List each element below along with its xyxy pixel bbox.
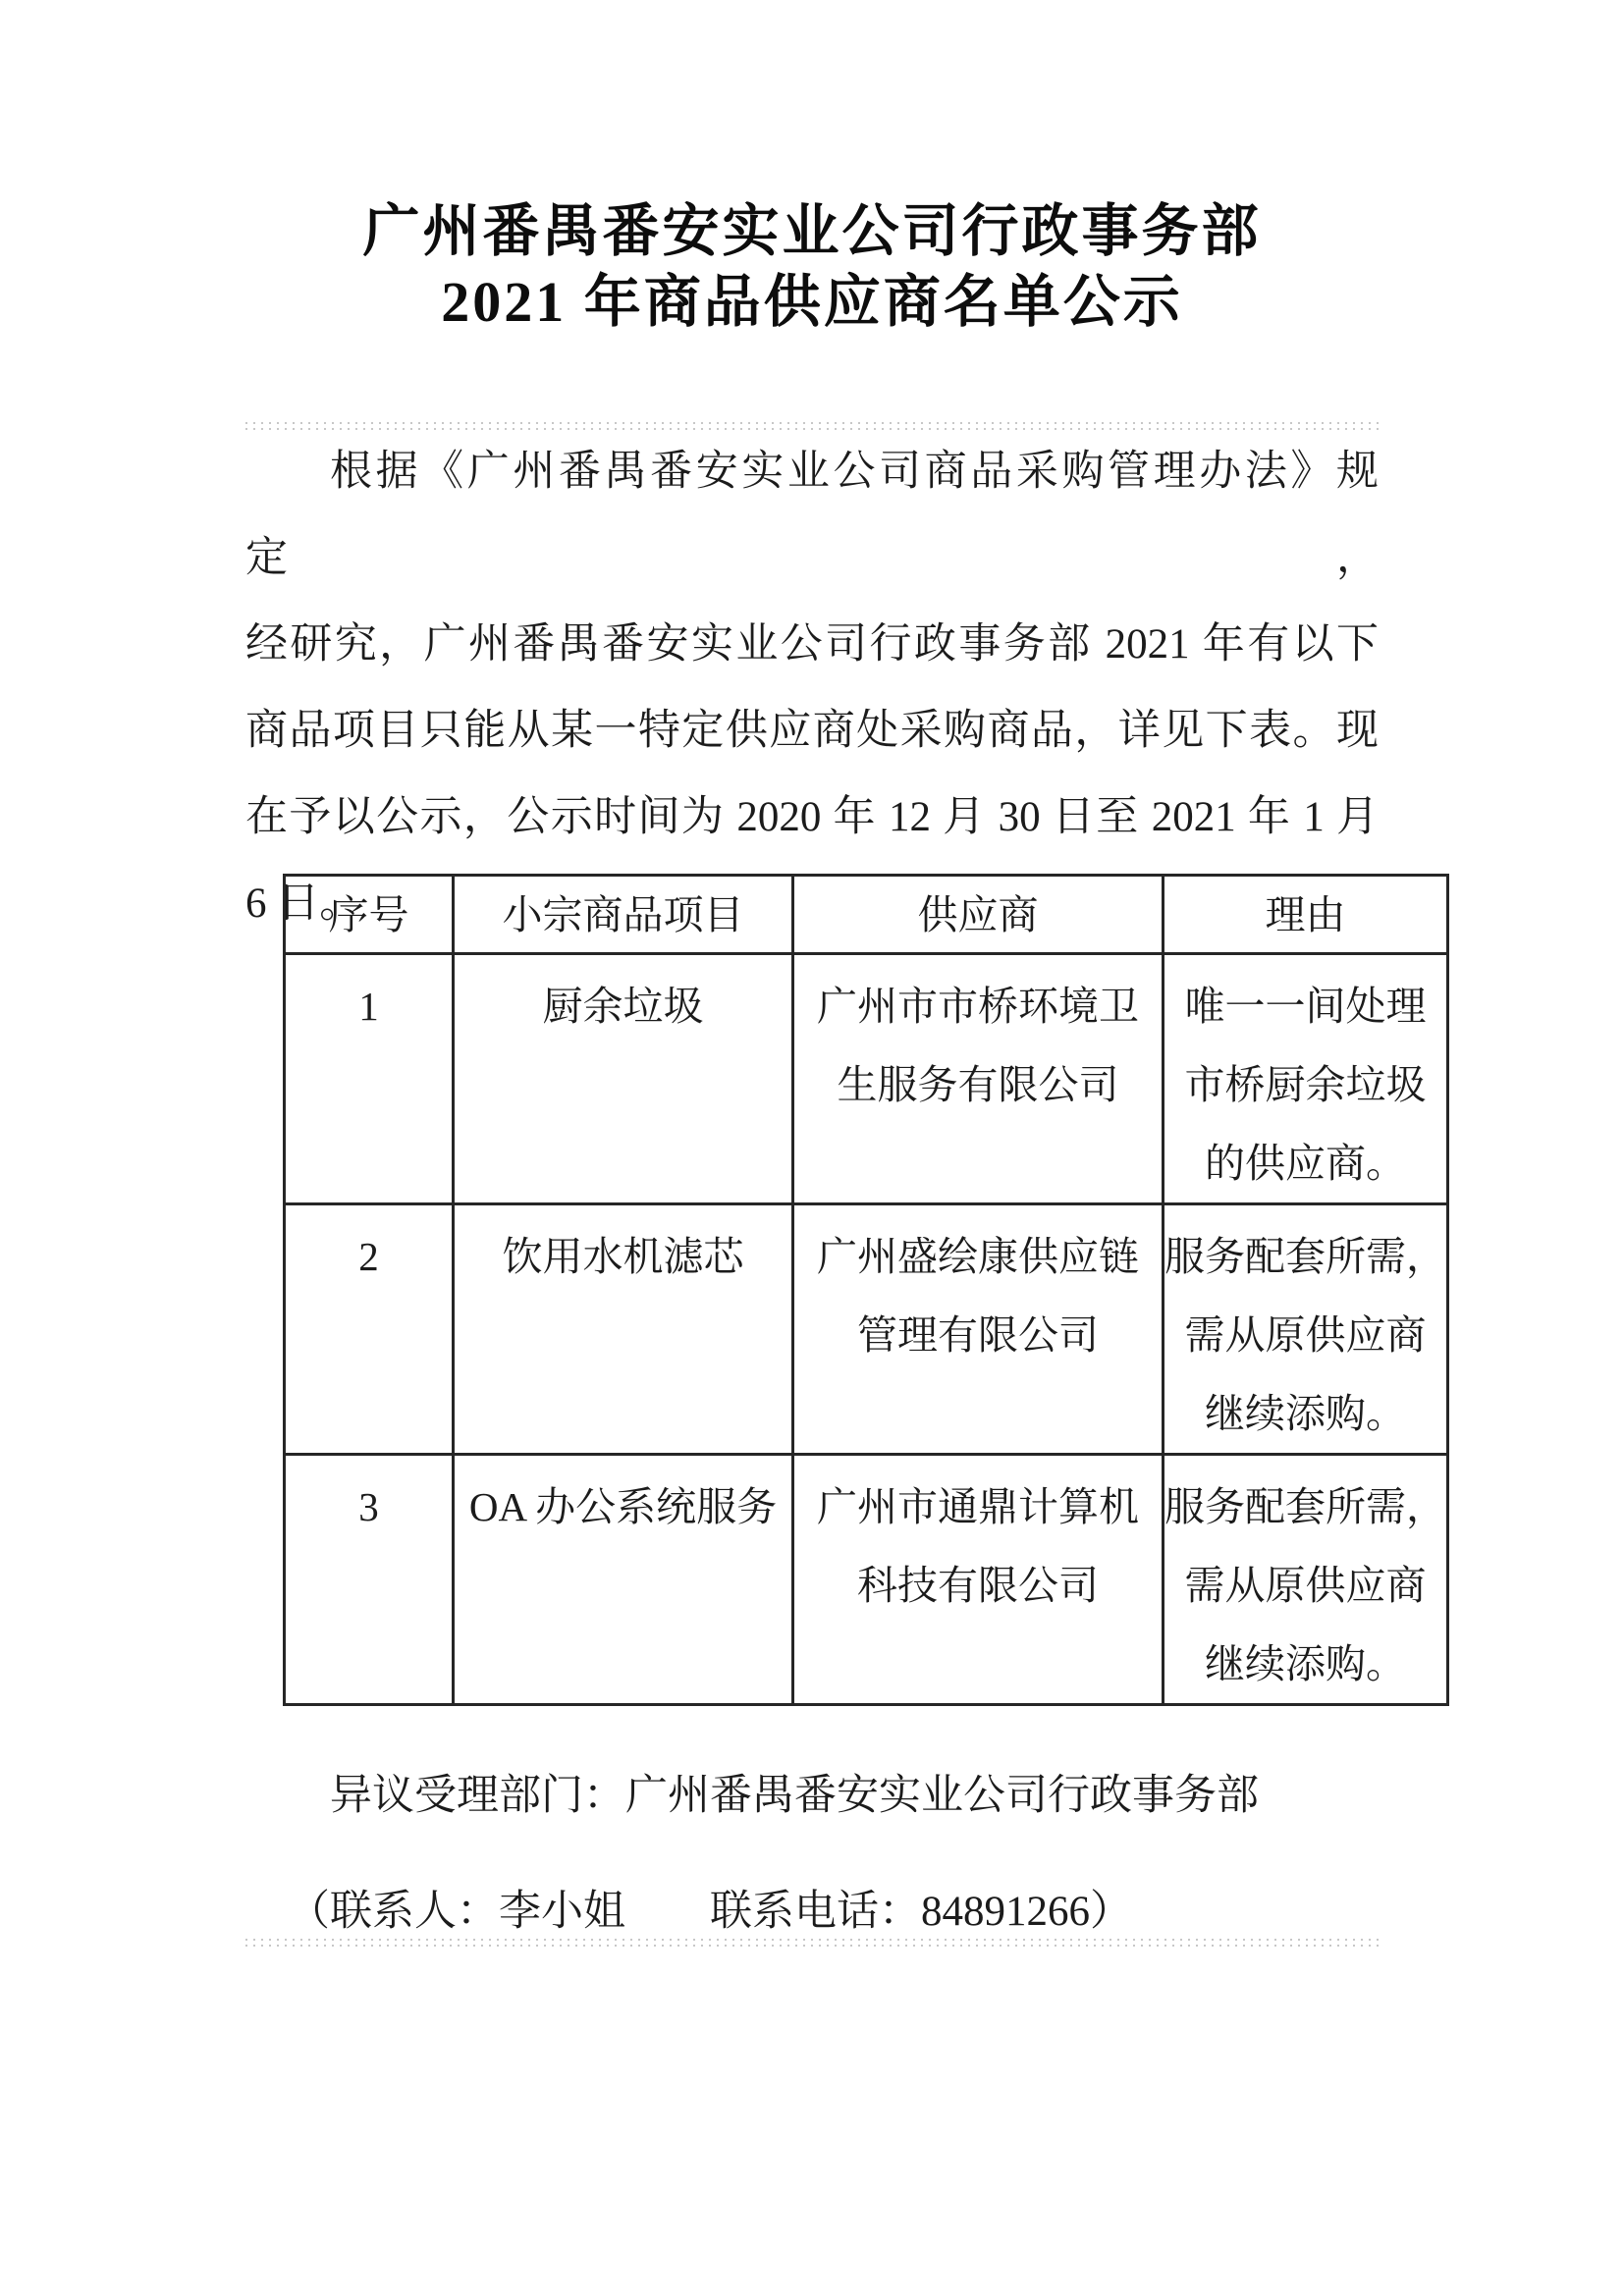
- cell-text: 需从原供应商: [1164, 1546, 1446, 1625]
- table-header-row: 序号 小宗商品项目 供应商 理由: [285, 876, 1448, 954]
- cell-text: 1: [286, 967, 452, 1045]
- cell-text: 生服务有限公司: [794, 1045, 1162, 1124]
- col-header-seq: 序号: [285, 876, 454, 954]
- table-row: 1 厨余垃圾 广州市市桥环境卫 生服务有限公司 唯一一间处理 市桥厨余垃圾 的供…: [285, 954, 1448, 1204]
- cell-text: 继续添购。: [1164, 1625, 1446, 1703]
- paragraph-line-4: 在予以公示，公示时间为 2020 年 12 月 30 日至 2021 年 1 月: [245, 774, 1379, 861]
- cell-text: 广州市通鼎计算机: [794, 1468, 1162, 1546]
- cell-text: 服务配套所需，: [1164, 1468, 1446, 1546]
- cell-text: 服务配套所需，: [1164, 1217, 1446, 1296]
- divider-dotted-bottom: [245, 1939, 1379, 1947]
- paragraph-line-1: 根据《广州番禺番安实业公司商品采购管理办法》规定，: [245, 429, 1379, 602]
- cell-seq: 3: [285, 1455, 454, 1705]
- cell-text: 唯一一间处理: [1164, 967, 1446, 1045]
- document-title: 广州番禺番安实业公司行政事务部 2021 年商品供应商名单公示: [0, 196, 1624, 338]
- cell-text: 广州市市桥环境卫: [794, 967, 1162, 1045]
- cell-item: 厨余垃圾: [454, 954, 793, 1204]
- cell-text: 的供应商。: [1164, 1124, 1446, 1202]
- cell-text: 2: [286, 1217, 452, 1296]
- title-line-1: 广州番禺番安实业公司行政事务部: [0, 196, 1624, 267]
- cell-supplier: 广州盛绘康供应链 管理有限公司: [793, 1204, 1164, 1455]
- cell-text: 继续添购。: [1164, 1374, 1446, 1453]
- paragraph-line-3: 商品项目只能从某一特定供应商处采购商品，详见下表。现: [245, 688, 1379, 774]
- body-paragraph: 根据《广州番禺番安实业公司商品采购管理办法》规定， 经研究，广州番禺番安实业公司…: [245, 429, 1379, 947]
- cell-seq: 2: [285, 1204, 454, 1455]
- cell-text: 饮用水机滤芯: [455, 1217, 791, 1296]
- cell-text: 广州盛绘康供应链: [794, 1217, 1162, 1296]
- cell-item: 饮用水机滤芯: [454, 1204, 793, 1455]
- objection-department-line: 异议受理部门：广州番禺番安实业公司行政事务部: [245, 1767, 1379, 1826]
- table-row: 2 饮用水机滤芯 广州盛绘康供应链 管理有限公司 服务配套所需， 需从原供应商 …: [285, 1204, 1448, 1455]
- cell-text: 厨余垃圾: [455, 967, 791, 1045]
- title-line-2: 2021 年商品供应商名单公示: [0, 267, 1624, 338]
- cell-text: 科技有限公司: [794, 1546, 1162, 1625]
- paragraph-line-2: 经研究，广州番禺番安实业公司行政事务部 2021 年有以下: [245, 602, 1379, 688]
- cell-item: OA 办公系统服务: [454, 1455, 793, 1705]
- col-header-reason: 理由: [1164, 876, 1448, 954]
- cell-text: 市桥厨余垃圾: [1164, 1045, 1446, 1124]
- cell-seq: 1: [285, 954, 454, 1204]
- cell-reason: 唯一一间处理 市桥厨余垃圾 的供应商。: [1164, 954, 1448, 1204]
- cell-reason: 服务配套所需， 需从原供应商 继续添购。: [1164, 1455, 1448, 1705]
- col-header-item: 小宗商品项目: [454, 876, 793, 954]
- cell-text: 管理有限公司: [794, 1296, 1162, 1374]
- contact-info-line: （联系人：李小姐 联系电话：84891266）: [245, 1883, 1379, 1942]
- cell-text: OA 办公系统服务: [455, 1468, 791, 1546]
- cell-supplier: 广州市通鼎计算机 科技有限公司: [793, 1455, 1164, 1705]
- col-header-supplier: 供应商: [793, 876, 1164, 954]
- table-row: 3 OA 办公系统服务 广州市通鼎计算机 科技有限公司 服务配套所需， 需从原供…: [285, 1455, 1448, 1705]
- cell-reason: 服务配套所需， 需从原供应商 继续添购。: [1164, 1204, 1448, 1455]
- cell-text: 需从原供应商: [1164, 1296, 1446, 1374]
- supplier-table: 序号 小宗商品项目 供应商 理由 1 厨余垃圾 广州市市桥环境卫 生服务有限公司…: [283, 874, 1449, 1706]
- cell-supplier: 广州市市桥环境卫 生服务有限公司: [793, 954, 1164, 1204]
- cell-text: 3: [286, 1468, 452, 1546]
- document-page: 广州番禺番安实业公司行政事务部 2021 年商品供应商名单公示 根据《广州番禺番…: [0, 0, 1624, 2296]
